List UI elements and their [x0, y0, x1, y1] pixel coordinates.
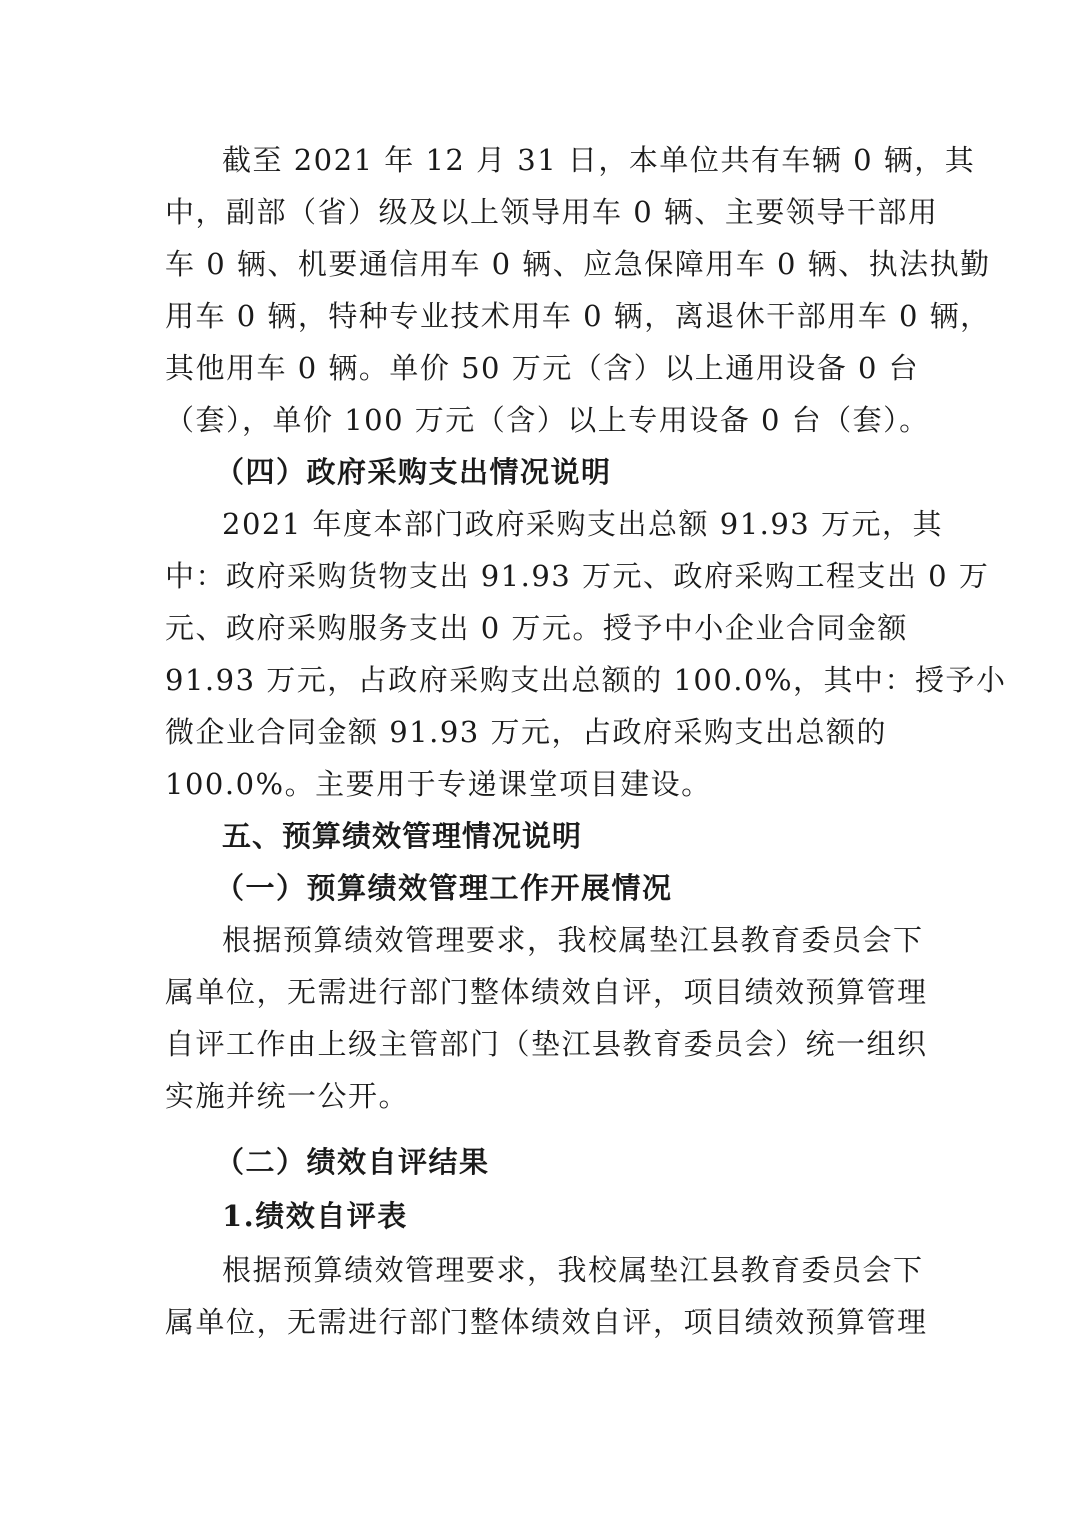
paragraph-vehicles-line-2: 中，副部（省）级及以上领导用车 0 辆、主要领导干部用: [165, 194, 938, 230]
paragraph-performance-line-1: 根据预算绩效管理要求，我校属垫江县教育委员会下: [222, 922, 924, 958]
document-page: 截至 2021 年 12 月 31 日，本单位共有车辆 0 辆，其 中，副部（省…: [0, 0, 1074, 1520]
section-heading-performance: 五、预算绩效管理情况说明: [222, 818, 582, 854]
subheading-performance-work: （一）预算绩效管理工作开展情况: [215, 870, 673, 906]
paragraph-procurement-line-6: 100.0%。主要用于专递课堂项目建设。: [165, 766, 712, 802]
subheading-self-evaluation: （二）绩效自评结果: [215, 1144, 490, 1180]
paragraph-procurement-line-4: 91.93 万元，占政府采购支出总额的 100.0%，其中：授予小: [165, 662, 1007, 698]
paragraph-performance-line-3: 自评工作由上级主管部门（垫江县教育委员会）统一组织: [165, 1026, 928, 1062]
paragraph-self-evaluation-line-1: 根据预算绩效管理要求，我校属垫江县教育委员会下: [222, 1252, 924, 1288]
subheading-procurement: （四）政府采购支出情况说明: [215, 454, 612, 490]
paragraph-procurement-line-1: 2021 年度本部门政府采购支出总额 91.93 万元，其: [222, 506, 943, 542]
paragraph-vehicles-line-3: 车 0 辆、机要通信用车 0 辆、应急保障用车 0 辆、执法执勤: [165, 246, 991, 282]
paragraph-performance-line-2: 属单位，无需进行部门整体绩效自评，项目绩效预算管理: [165, 974, 928, 1010]
paragraph-vehicles-line-5: 其他用车 0 辆。单价 50 万元（含）以上通用设备 0 台: [165, 350, 919, 386]
paragraph-procurement-line-3: 元、政府采购服务支出 0 万元。授予中小企业合同金额: [165, 610, 908, 646]
paragraph-vehicles-line-6: （套），单价 100 万元（含）以上专用设备 0 台（套）。: [165, 402, 930, 438]
paragraph-vehicles-line-1: 截至 2021 年 12 月 31 日，本单位共有车辆 0 辆，其: [222, 142, 975, 178]
paragraph-procurement-line-2: 中：政府采购货物支出 91.93 万元、政府采购工程支出 0 万: [165, 558, 989, 594]
paragraph-self-evaluation-line-2: 属单位，无需进行部门整体绩效自评，项目绩效预算管理: [165, 1304, 928, 1340]
paragraph-performance-line-4: 实施并统一公开。: [165, 1078, 409, 1114]
subheading-self-evaluation-table: 1.绩效自评表: [222, 1198, 408, 1234]
paragraph-procurement-line-5: 微企业合同金额 91.93 万元，占政府采购支出总额的: [165, 714, 887, 750]
paragraph-vehicles-line-4: 用车 0 辆，特种专业技术用车 0 辆，离退休干部用车 0 辆，: [165, 298, 991, 334]
